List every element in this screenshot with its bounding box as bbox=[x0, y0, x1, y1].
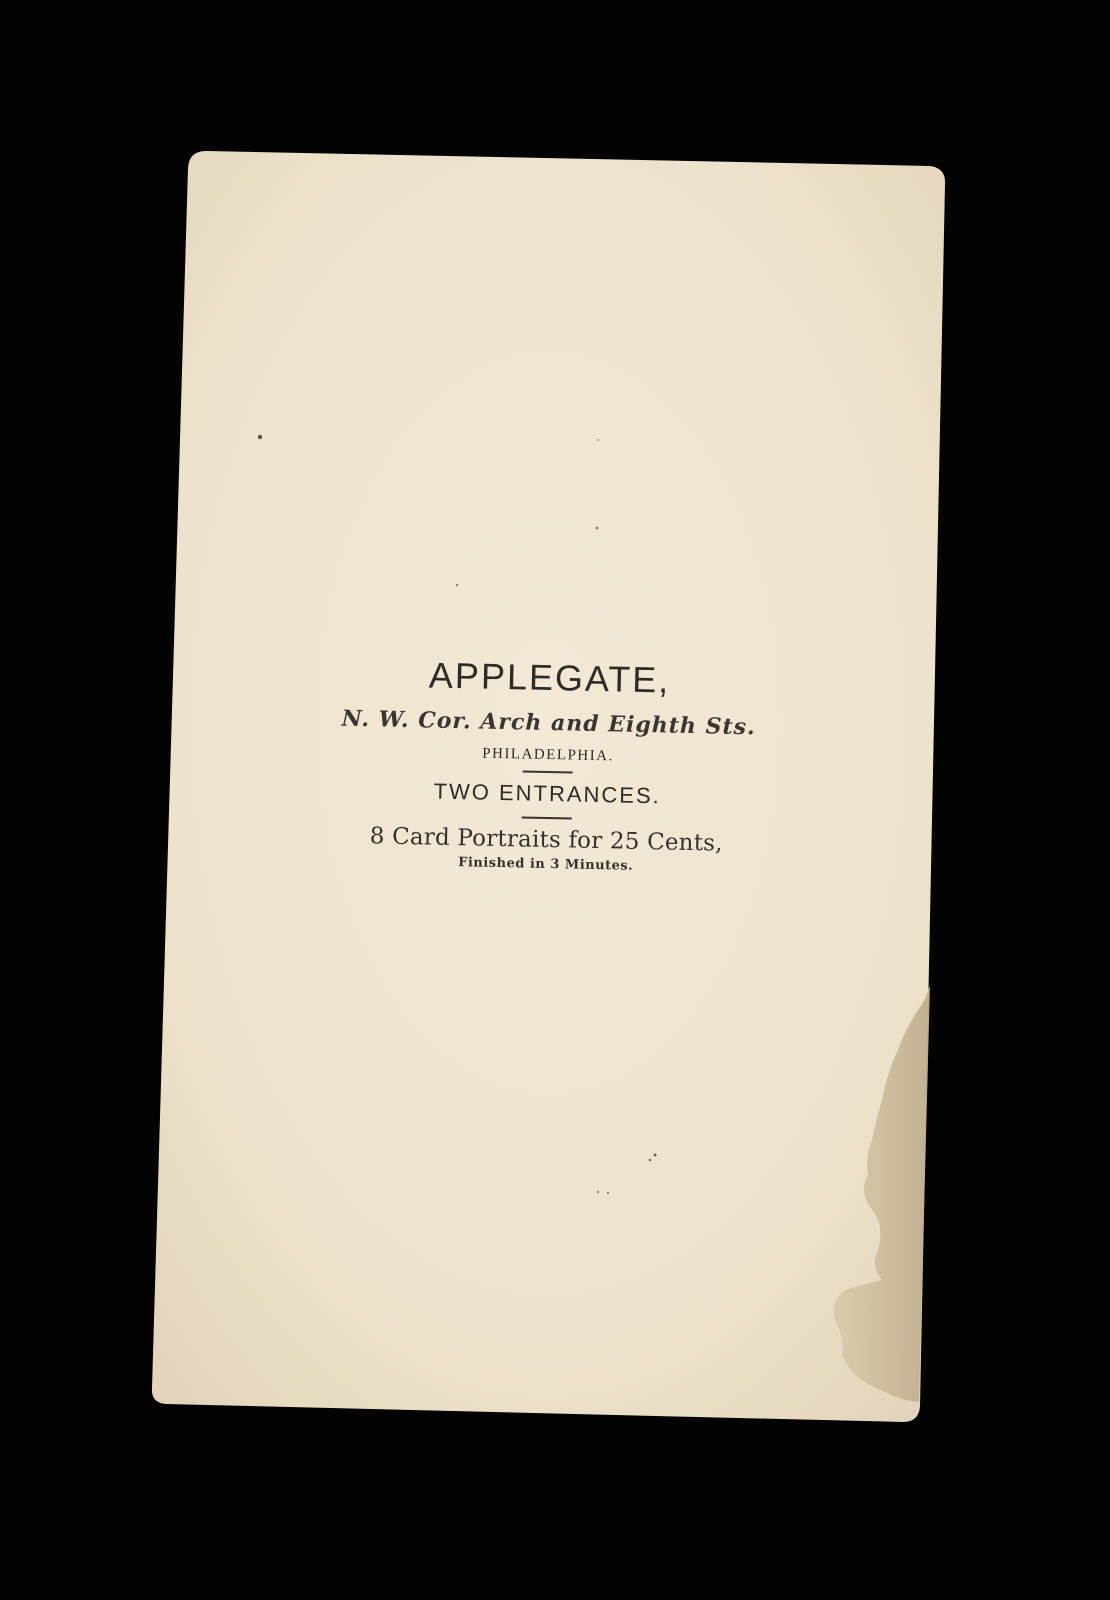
studio-city: PHILADELPHIA. bbox=[288, 743, 808, 769]
entrances-note: TWO ENTRANCES. bbox=[287, 778, 807, 811]
price-offer: 8 Card Portraits for 25 Cents, bbox=[286, 824, 806, 858]
studio-address: N. W. Cor. Arch and Eighth Sts. bbox=[289, 707, 809, 740]
studio-imprint: APPLEGATE, N. W. Cor. Arch and Eighth St… bbox=[286, 655, 810, 877]
carte-de-visite-card: APPLEGATE, N. W. Cor. Arch and Eighth St… bbox=[0, 0, 1110, 1600]
divider-rule bbox=[522, 816, 572, 819]
photo-background: APPLEGATE, N. W. Cor. Arch and Eighth St… bbox=[0, 0, 1110, 1600]
divider-rule bbox=[523, 770, 573, 773]
